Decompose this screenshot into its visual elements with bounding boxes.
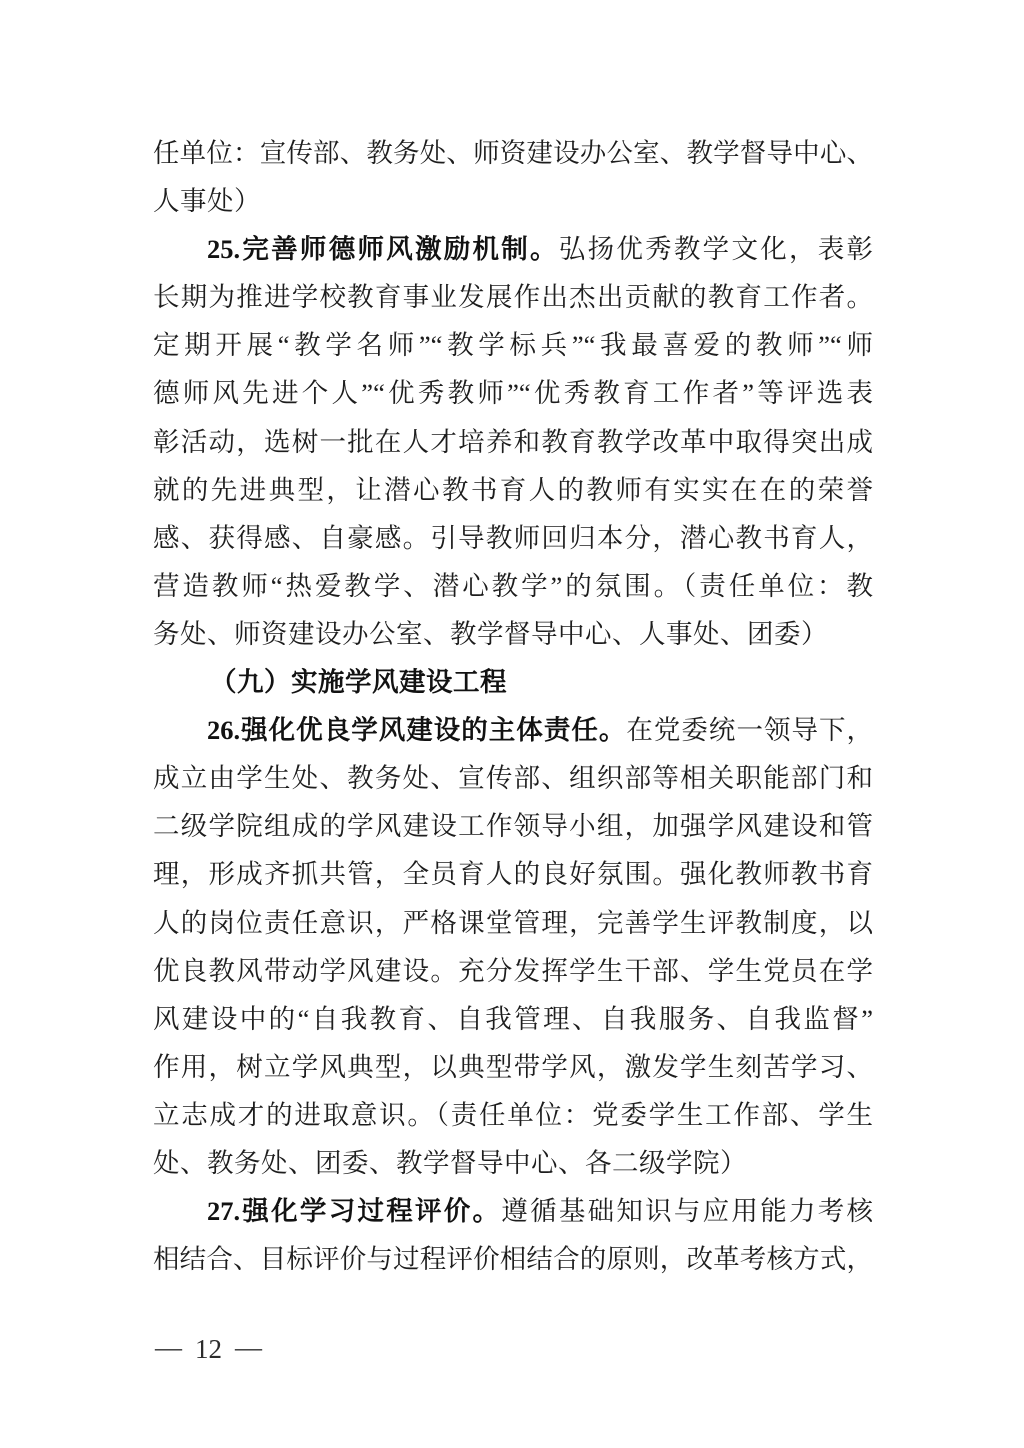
text-line: 定期开展“教学名师”“教学标兵”“我最喜爱的教师”“师 — [153, 321, 873, 369]
text-segment: 就的先进典型，让潜心教书育人的教师有实实在在的荣誉 — [153, 475, 873, 505]
bold-text-segment: 27.强化学习过程评价。 — [207, 1196, 501, 1226]
text-segment: 人的岗位责任意识，严格课堂管理，完善学生评教制度，以 — [153, 908, 873, 938]
text-segment: 处、教务处、团委、教学督导中心、各二级学院） — [153, 1148, 747, 1178]
text-line: 任单位：宣传部、教务处、师资建设办公室、教学督导中心、 — [153, 129, 873, 177]
text-line: 人的岗位责任意识，严格课堂管理，完善学生评教制度，以 — [153, 899, 873, 947]
text-line: （九）实施学风建设工程 — [153, 658, 873, 706]
document-page: 任单位：宣传部、教务处、师资建设办公室、教学督导中心、人事处）25.完善师德师风… — [0, 0, 1024, 1448]
text-line: 优良教风带动学风建设。充分发挥学生干部、学生党员在学 — [153, 947, 873, 995]
text-segment: 彰活动，选树一批在人才培养和教育教学改革中取得突出成 — [153, 427, 873, 457]
text-segment: 定期开展“教学名师”“教学标兵”“我最喜爱的教师”“师 — [153, 330, 873, 360]
text-line: 作用，树立学风典型，以典型带学风，激发学生刻苦学习、 — [153, 1043, 873, 1091]
document-body: 任单位：宣传部、教务处、师资建设办公室、教学督导中心、人事处）25.完善师德师风… — [153, 129, 873, 1283]
text-line: 25.完善师德师风激励机制。弘扬优秀教学文化，表彰 — [153, 225, 873, 273]
text-line: 成立由学生处、教务处、宣传部、组织部等相关职能部门和 — [153, 754, 873, 802]
text-line: 理，形成齐抓共管，全员育人的良好氛围。强化教师教书育 — [153, 850, 873, 898]
text-segment: 德师风先进个人”“优秀教师”“优秀教育工作者”等评选表 — [153, 378, 873, 408]
text-segment: 长期为推进学校教育事业发展作出杰出贡献的教育工作者。 — [153, 282, 873, 312]
text-segment: 遵循基础知识与应用能力考核 — [501, 1196, 873, 1226]
text-line: 人事处） — [153, 177, 873, 225]
text-line: 彰活动，选树一批在人才培养和教育教学改革中取得突出成 — [153, 418, 873, 466]
text-line: 处、教务处、团委、教学督导中心、各二级学院） — [153, 1139, 873, 1187]
text-line: 就的先进典型，让潜心教书育人的教师有实实在在的荣誉 — [153, 466, 873, 514]
bold-text-segment: （九）实施学风建设工程 — [210, 667, 507, 697]
bold-text-segment: 26.强化优良学风建设的主体责任。 — [207, 715, 626, 745]
text-line: 相结合、目标评价与过程评价相结合的原则，改革考核方式， — [153, 1235, 873, 1283]
page-number-dash-left: — — [155, 1332, 182, 1363]
text-line: 26.强化优良学风建设的主体责任。在党委统一领导下， — [153, 706, 873, 754]
text-segment: 二级学院组成的学风建设工作领导小组，加强学风建设和管 — [153, 811, 873, 841]
text-line: 二级学院组成的学风建设工作领导小组，加强学风建设和管 — [153, 802, 873, 850]
text-segment: 在党委统一领导下， — [626, 715, 873, 745]
text-segment: 立志成才的进取意识。（责任单位：党委学生工作部、学生 — [153, 1100, 873, 1130]
text-segment: 弘扬优秀教学文化，表彰 — [559, 234, 873, 264]
text-segment: 务处、师资建设办公室、教学督导中心、人事处、团委） — [153, 619, 828, 649]
text-line: 务处、师资建设办公室、教学督导中心、人事处、团委） — [153, 610, 873, 658]
text-segment: 作用，树立学风典型，以典型带学风，激发学生刻苦学习、 — [153, 1052, 873, 1082]
text-segment: 相结合、目标评价与过程评价相结合的原则，改革考核方式， — [153, 1244, 873, 1274]
text-line: 感、获得感、自豪感。引导教师回归本分，潜心教书育人， — [153, 514, 873, 562]
bold-text-segment: 25.完善师德师风激励机制。 — [207, 234, 559, 264]
text-segment: 成立由学生处、教务处、宣传部、组织部等相关职能部门和 — [153, 763, 873, 793]
text-segment: 任单位：宣传部、教务处、师资建设办公室、教学督导中心、 — [153, 138, 873, 168]
text-line: 立志成才的进取意识。（责任单位：党委学生工作部、学生 — [153, 1091, 873, 1139]
text-segment: 感、获得感、自豪感。引导教师回归本分，潜心教书育人， — [153, 523, 873, 553]
text-segment: 人事处） — [153, 186, 261, 216]
text-segment: 营造教师“热爱教学、潜心教学”的氛围。（责任单位：教 — [153, 571, 873, 601]
text-line: 营造教师“热爱教学、潜心教学”的氛围。（责任单位：教 — [153, 562, 873, 610]
text-segment: 风建设中的“自我教育、自我管理、自我服务、自我监督” — [153, 1004, 873, 1034]
page-number-dash-right: — — [235, 1332, 262, 1363]
text-line: 风建设中的“自我教育、自我管理、自我服务、自我监督” — [153, 995, 873, 1043]
page-footer: — 12 — — [155, 1334, 262, 1365]
text-segment: 理，形成齐抓共管，全员育人的良好氛围。强化教师教书育 — [153, 859, 873, 889]
text-line: 长期为推进学校教育事业发展作出杰出贡献的教育工作者。 — [153, 273, 873, 321]
text-line: 27.强化学习过程评价。遵循基础知识与应用能力考核 — [153, 1187, 873, 1235]
text-line: 德师风先进个人”“优秀教师”“优秀教育工作者”等评选表 — [153, 369, 873, 417]
page-number-value: 12 — [195, 1334, 222, 1365]
text-segment: 优良教风带动学风建设。充分发挥学生干部、学生党员在学 — [153, 956, 873, 986]
